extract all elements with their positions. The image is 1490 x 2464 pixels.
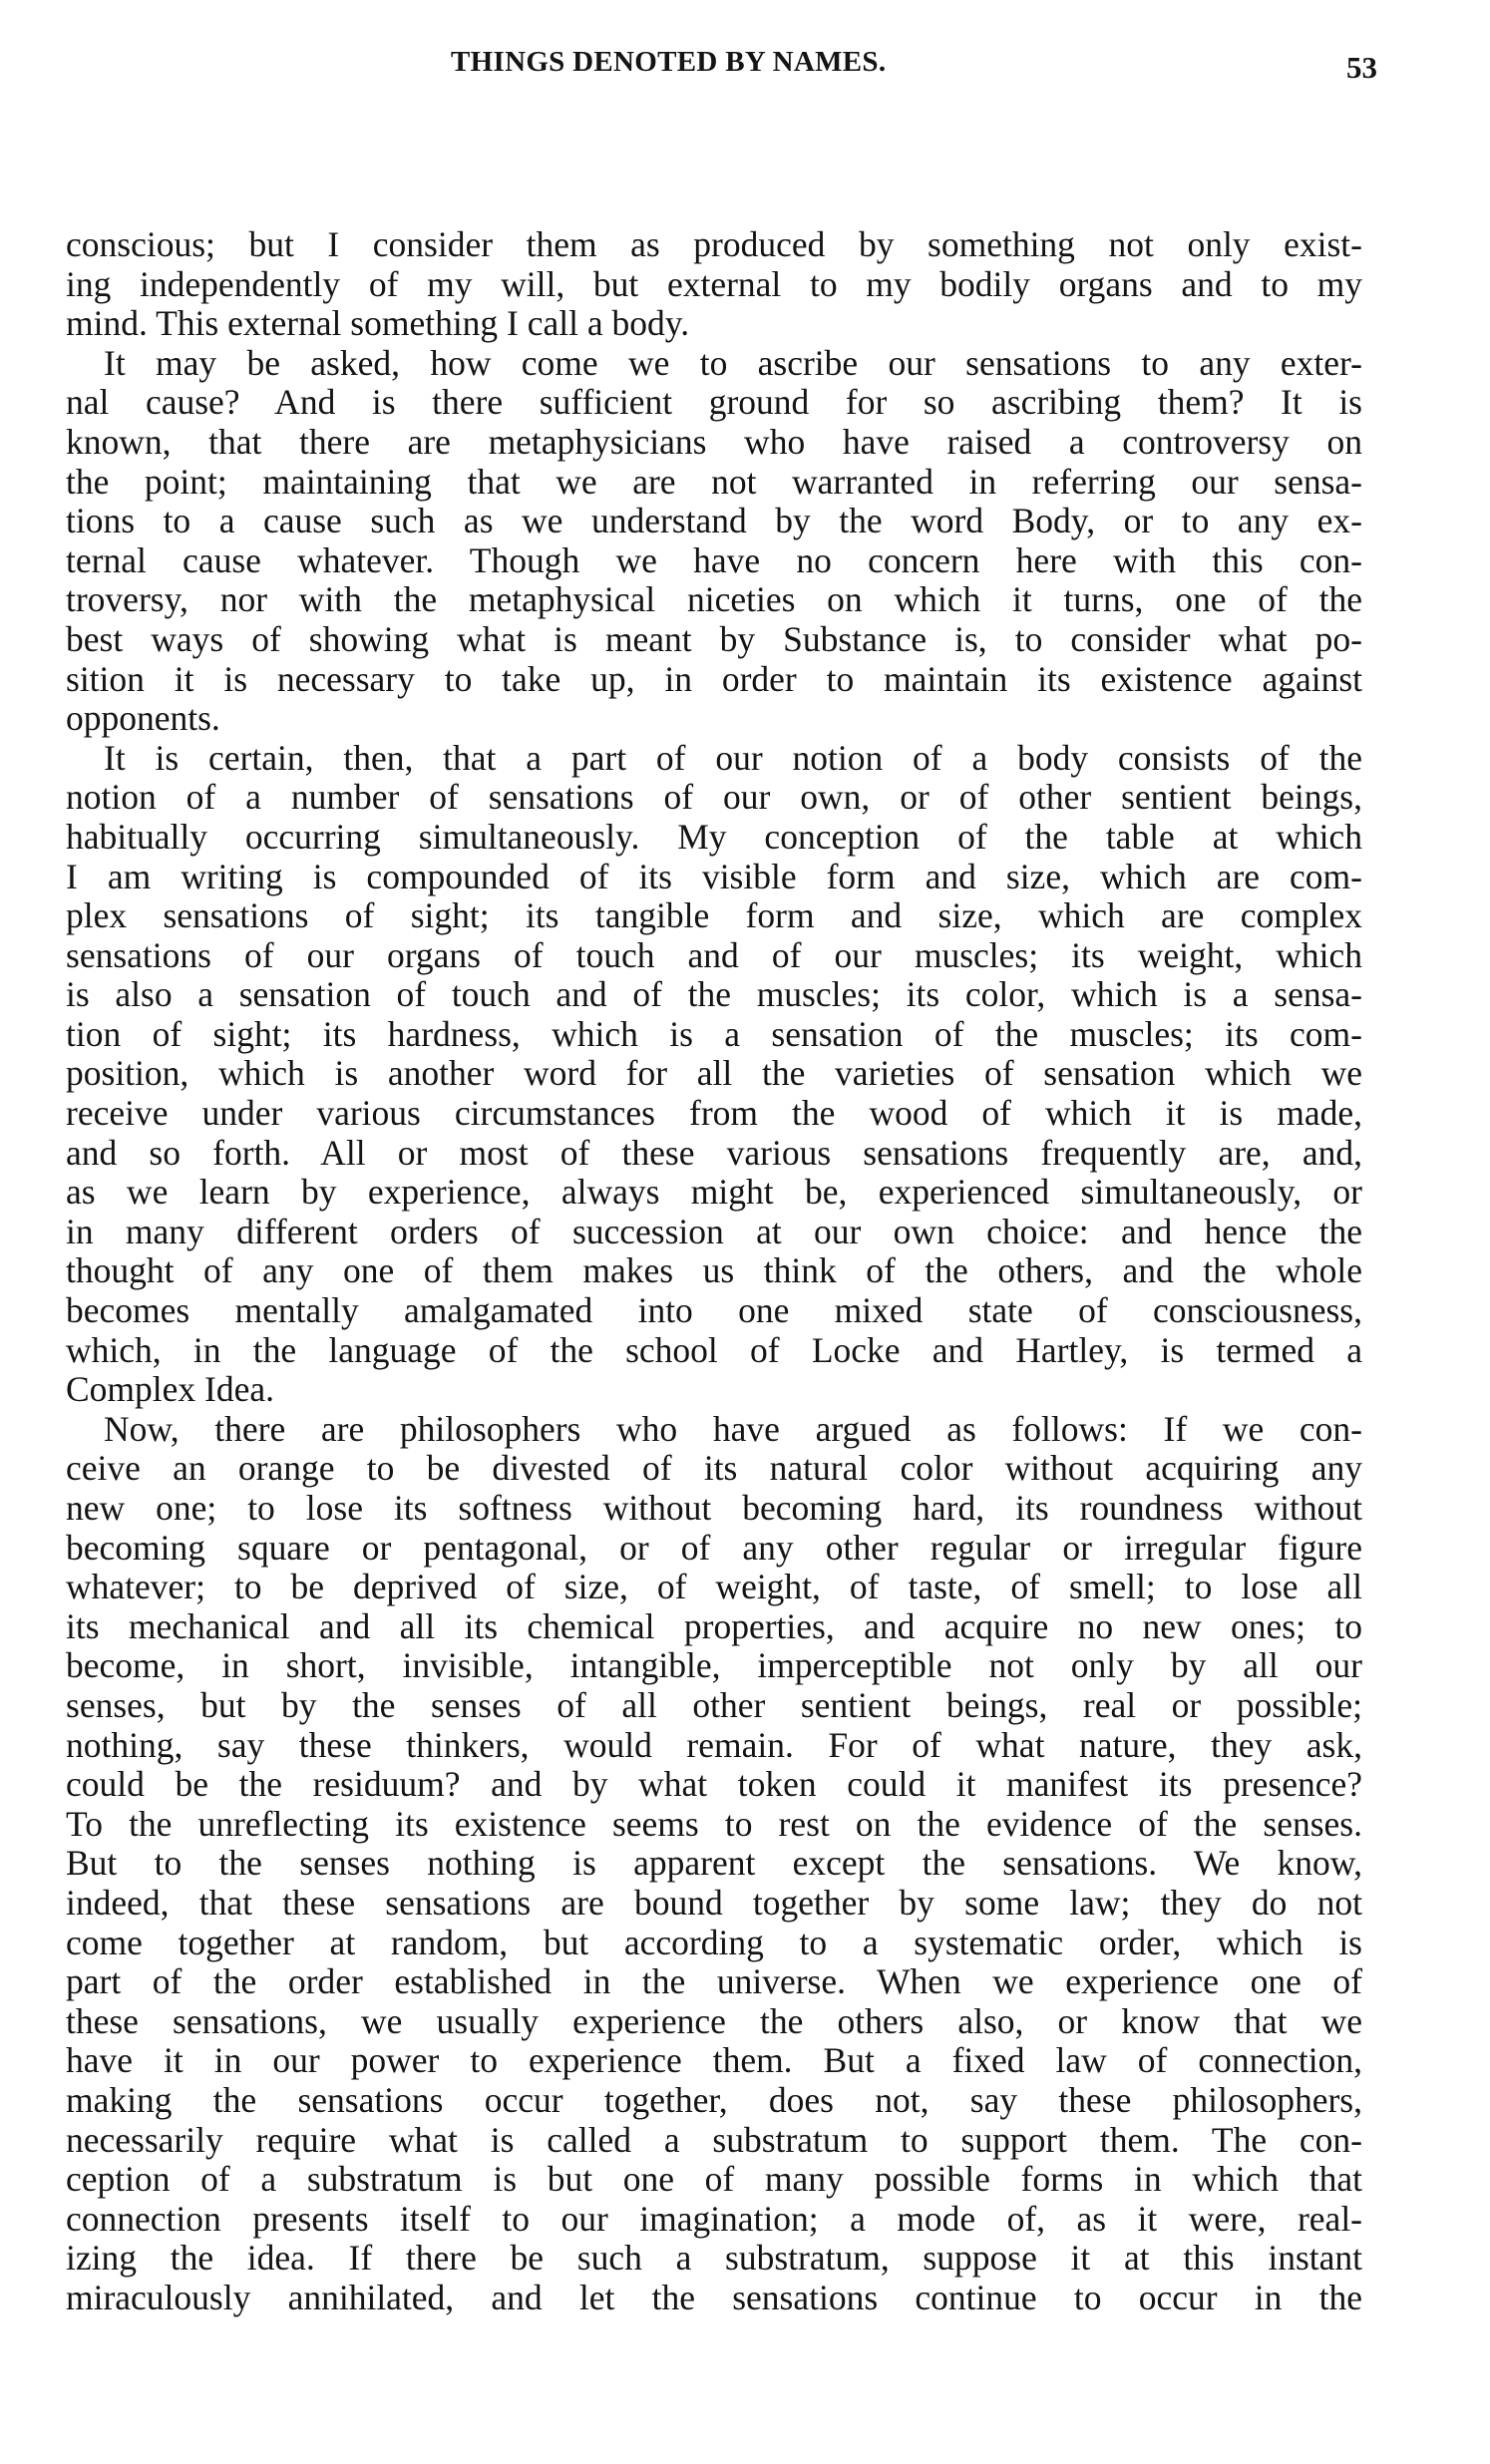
text-line: these sensations, we usually experience … xyxy=(66,2002,1362,2042)
text-line: making the sensations occur together, do… xyxy=(66,2081,1362,2121)
text-line: is also a sensation of touch and of the … xyxy=(66,975,1362,1015)
text-line: nal cause? And is there sufficient groun… xyxy=(66,383,1362,423)
text-line: come together at random, but according t… xyxy=(66,1924,1362,1963)
text-line: become, in short, invisible, intangible,… xyxy=(66,1646,1362,1686)
text-line: have it in our power to experience them.… xyxy=(66,2041,1362,2081)
paragraph-3: It is certain, then, that a part of our … xyxy=(66,739,1362,1410)
text-line: Complex Idea. xyxy=(66,1370,1362,1410)
running-head: THINGS DENOTED BY NAMES. 53 xyxy=(0,46,1490,86)
text-line: as we learn by experience, always might … xyxy=(66,1173,1362,1213)
text-line: nothing, say these thinkers, would remai… xyxy=(66,1726,1362,1766)
text-line: known, that there are metaphysicians who… xyxy=(66,423,1362,463)
text-line: To the unreflecting its existence seems … xyxy=(66,1805,1362,1845)
text-line: sition it is necessary to take up, in or… xyxy=(66,660,1362,700)
text-line: its mechanical and all its chemical prop… xyxy=(66,1607,1362,1647)
text-line: tions to a cause such as we understand b… xyxy=(66,502,1362,541)
text-line: part of the order established in the uni… xyxy=(66,1962,1362,2002)
text-line: It may be asked, how come we to ascribe … xyxy=(66,344,1362,384)
page-number: 53 xyxy=(1346,50,1377,86)
text-line: ceive an orange to be divested of its na… xyxy=(66,1449,1362,1489)
text-line: ception of a substratum is but one of ma… xyxy=(66,2160,1362,2200)
text-line: izing the idea. If there be such a subst… xyxy=(66,2239,1362,2279)
text-line: ternal cause whatever. Though we have no… xyxy=(66,541,1362,581)
paragraph-1: conscious; but I consider them as produc… xyxy=(66,225,1362,344)
text-line: tion of sight; its hardness, which is a … xyxy=(66,1015,1362,1055)
paragraph-4: Now, there are philosophers who have arg… xyxy=(66,1410,1362,2318)
text-line: necessarily require what is called a sub… xyxy=(66,2121,1362,2161)
text-line: could be the residuum? and by what token… xyxy=(66,1765,1362,1805)
text-line: and so forth. All or most of these vario… xyxy=(66,1134,1362,1174)
text-line: conscious; but I consider them as produc… xyxy=(66,225,1362,265)
text-line: It is certain, then, that a part of our … xyxy=(66,739,1362,779)
text-line: new one; to lose its softness without be… xyxy=(66,1489,1362,1529)
text-line: best ways of showing what is meant by Su… xyxy=(66,620,1362,660)
body-text: conscious; but I consider them as produc… xyxy=(66,225,1362,2317)
text-line: which, in the language of the school of … xyxy=(66,1331,1362,1371)
text-line: Now, there are philosophers who have arg… xyxy=(66,1410,1362,1450)
text-line: plex sensations of sight; its tangible f… xyxy=(66,896,1362,936)
text-line: the point; maintaining that we are not w… xyxy=(66,463,1362,503)
text-line: position, which is another word for all … xyxy=(66,1054,1362,1094)
text-line: habitually occurring simultaneously. My … xyxy=(66,818,1362,858)
text-line: miraculously annihilated, and let the se… xyxy=(66,2279,1362,2318)
book-page: THINGS DENOTED BY NAMES. 53 conscious; b… xyxy=(0,0,1490,2464)
text-line: troversy, nor with the metaphysical nice… xyxy=(66,580,1362,620)
text-line: connection presents itself to our imagin… xyxy=(66,2200,1362,2240)
text-line: receive under various circumstances from… xyxy=(66,1094,1362,1134)
paragraph-2: It may be asked, how come we to ascribe … xyxy=(66,344,1362,739)
text-line: senses, but by the senses of all other s… xyxy=(66,1686,1362,1726)
text-line: whatever; to be deprived of size, of wei… xyxy=(66,1568,1362,1607)
running-title: THINGS DENOTED BY NAMES. xyxy=(451,46,886,79)
text-line: notion of a number of sensations of our … xyxy=(66,778,1362,818)
text-line: indeed, that these sensations are bound … xyxy=(66,1884,1362,1924)
text-line: becoming square or pentagonal, or of any… xyxy=(66,1529,1362,1569)
text-line: sensations of our organs of touch and of… xyxy=(66,936,1362,976)
text-line: thought of any one of them makes us thin… xyxy=(66,1251,1362,1291)
text-line: ing independently of my will, but extern… xyxy=(66,265,1362,305)
text-line: I am writing is compounded of its visibl… xyxy=(66,858,1362,897)
text-line: mind. This external something I call a b… xyxy=(66,304,1362,344)
text-line: opponents. xyxy=(66,699,1362,739)
text-line: in many different orders of succession a… xyxy=(66,1213,1362,1252)
text-line: But to the senses nothing is apparent ex… xyxy=(66,1844,1362,1884)
text-line: becomes mentally amalgamated into one mi… xyxy=(66,1291,1362,1331)
